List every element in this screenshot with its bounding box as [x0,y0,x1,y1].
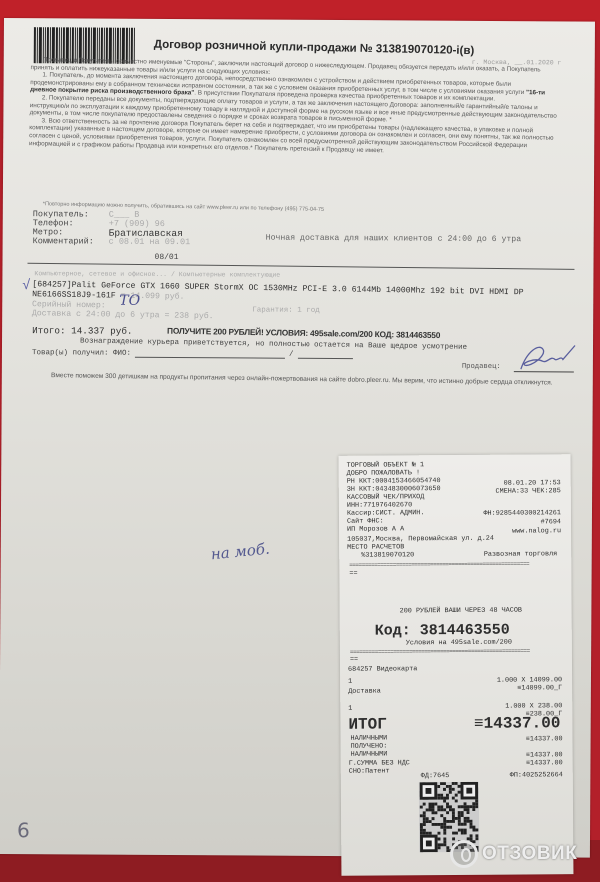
receipt-trade-type: Развозная торговля [484,550,557,559]
payment-label-2: ПОЛУЧЕНО: [351,742,388,750]
contract-body: Продавец и Покупатель, совместно именуем… [29,56,561,158]
receipt-total-value: ≡14337.00 [474,714,561,733]
cash-receipt: ТОРГОВЫЙ ОБЪЕКТ № 1 ДОБРО ПОЖАЛОВАТЬ ! Р… [339,454,574,876]
payment-value-1: ≡14337.00 [526,735,563,743]
receipt-fp: ФП:4025252664 [510,771,563,779]
receipt-place-code: %313819070120 [361,551,414,559]
buyer-info: Покупатель:С___ В Телефон:+7 (909) 96 Ме… [33,210,191,247]
receipt-total-label: ИТОГ [348,715,387,733]
product-block: [684257]Palit GeForce GTX 1660 SUPER Sto… [32,280,573,328]
receipt-conditions: Условия на 495sale.com/200 [406,639,512,648]
signature-line [297,351,352,359]
separator-short: == [350,656,358,664]
comment-label: Комментарий: [33,237,103,246]
receipt-type: КАССОВЫЙ ЧЕК/ПРИХОД [347,493,425,502]
promo-banner: ПОЛУЧИТЕ 200 РУБЛЕЙ! УСЛОВИЯ: 495sale.co… [167,326,440,341]
comment-value: с 08.01 на 09.01 [109,238,191,247]
otzovik-logo-icon [450,840,478,868]
divider [28,263,575,270]
separator: ========================================… [349,560,561,568]
receipt-site-label: Сайт ФНС: [347,518,384,526]
slash: / [289,351,294,359]
handwritten-note: на моб. [210,540,270,564]
received-by: Товар(ы) получил: ФИО: / [32,349,353,359]
receipt-fn: ФН:9285440300214261 [483,509,561,518]
item-index-1: 1 [348,678,352,686]
item-name-1: 684257 Видеокарта [348,665,417,673]
receipt-cashier: Кассир:СИСТ. АДМИН. [347,509,425,518]
receipt-promo-line: 200 РУБЛЕЙ ВАШИ ЧЕРЕЗ 48 ЧАСОВ [400,607,522,616]
product-code: NE6166SS18J9-161F [32,290,116,300]
otzovik-watermark: ОТЗОВИК [450,840,577,868]
warranty: Гарантия: 1 год [252,307,320,315]
receipt-fd-num: ФД:7645 [421,772,450,780]
item-name-2: Доставка [348,688,381,696]
watermark-text: ОТЗОВИК [482,843,577,865]
item-sum-1: ≡14099.00_Г [517,684,562,692]
order-total: Итого: 14.337 руб. [32,325,133,337]
separator: ========================================… [350,647,562,655]
item-index-2: 1 [348,705,352,713]
payment-label-4: Г.СУММА БЕЗ НДС [349,759,410,767]
separator-short: == [349,570,357,578]
product-category: Компьютерное, сетевое и офисное... / Ком… [34,270,280,279]
receipt-shift: СМЕНА:33 ЧЕК:285 [495,487,560,495]
night-delivery-note: Ночная доставка для наших клиентов с 24:… [266,234,522,245]
receipt-ip: ИП Морозов А А [347,525,404,533]
receipt-address: 105037,Москва, Первомайская ул. д.24 [347,535,494,544]
receipt-site: www.nalog.ru [512,527,561,535]
seller-label: Продавец: [462,363,501,371]
payment-value-3: ≡14337.00 [526,751,563,759]
check-mark-icon: √ [22,276,30,292]
payment-value-4: ≡14337.00 [526,759,563,767]
payment-label-1: НАЛИЧНЫМИ [350,734,387,742]
receipt-code: Код: 3814463550 [375,622,510,640]
page-number-handwritten: 6 [17,818,30,842]
payment-label-5: СНО:Патент [349,767,390,775]
contract-title: Договор розничной купли-продажи № 313819… [154,39,475,57]
date-note: 08/01 [155,253,179,262]
payment-label-3: НАЛИЧНЫМИ [351,750,388,758]
charity-note: Вместе поможем 300 детишкам на продукты … [42,371,562,388]
serial-handwriting: TO [119,293,140,309]
receipt-fd: #7694 [541,518,561,526]
name-line [135,350,285,359]
signature-icon [517,341,579,375]
received-label: Товар(ы) получил: ФИО: [32,349,131,358]
